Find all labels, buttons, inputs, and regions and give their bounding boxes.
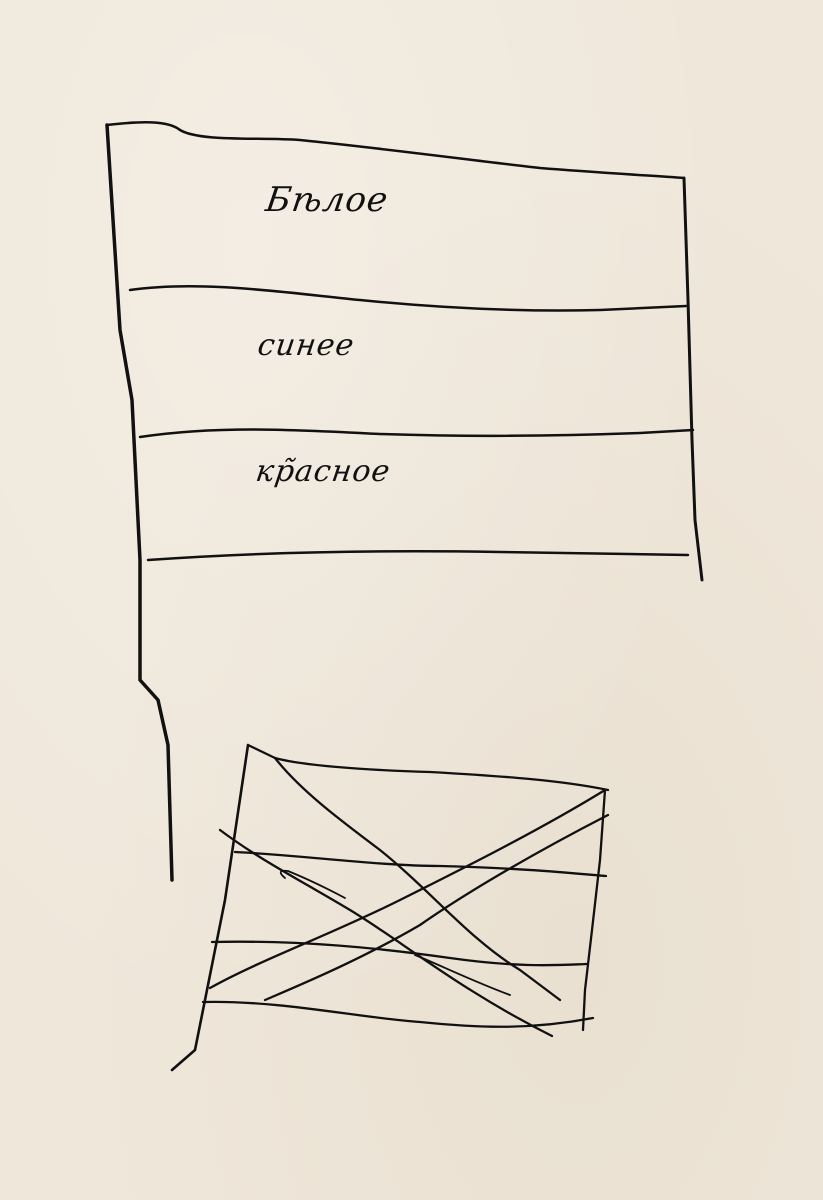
saltire-flag-outline [172,745,608,1070]
flag-sketches-drawing [0,0,823,1200]
stripe-label-blue: синее [256,328,357,363]
manuscript-page: Бѣлое синее кр̃асное [0,0,823,1200]
stripe-label-white: Бѣлое [263,180,391,220]
tricolor-flag-outline [107,122,702,880]
stripe-label-red: кр̃асное [254,454,393,489]
